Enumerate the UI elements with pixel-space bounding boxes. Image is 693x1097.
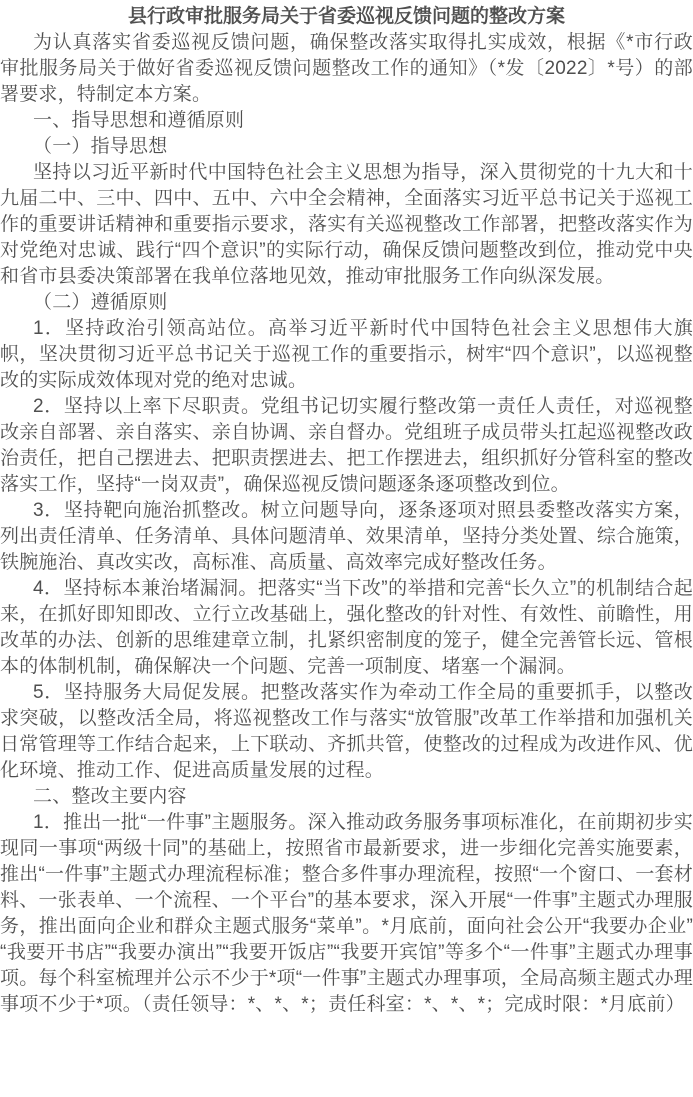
- paragraph: 为认真落实省委巡视反馈问题，确保整改落实取得扎实成效，根据《*市行政审批服务局关…: [0, 30, 693, 108]
- document-page: { "colors": { "text": "#4f4f4f", "backgr…: [0, 0, 693, 1097]
- paragraph: 1．推出一批“一件事”主题服务。深入推动政务服务事项标准化，在前期初步实现同一事…: [0, 810, 693, 1018]
- document-body: 为认真落实省委巡视反馈问题，确保整改落实取得扎实成效，根据《*市行政审批服务局关…: [0, 30, 693, 1018]
- document-title: 县行政审批服务局关于省委巡视反馈问题的整改方案: [0, 4, 693, 30]
- section-heading: 二、整改主要内容: [0, 784, 693, 810]
- section-heading: 一、指导思想和遵循原则: [0, 108, 693, 134]
- paragraph: 1．坚持政治引领高站位。高举习近平新时代中国特色社会主义思想伟大旗帜，坚决贯彻习…: [0, 316, 693, 394]
- paragraph: 4．坚持标本兼治堵漏洞。把落实“当下改”的举措和完善“长久立”的机制结合起来，在…: [0, 576, 693, 680]
- section-heading: （一）指导思想: [0, 134, 693, 160]
- section-heading: （二）遵循原则: [0, 290, 693, 316]
- document: 县行政审批服务局关于省委巡视反馈问题的整改方案 为认真落实省委巡视反馈问题，确保…: [0, 0, 693, 1018]
- paragraph: 坚持以习近平新时代中国特色社会主义思想为指导，深入贯彻党的十九大和十九届二中、三…: [0, 160, 693, 290]
- paragraph: 5．坚持服务大局促发展。把整改落实作为牵动工作全局的重要抓手，以整改求突破，以整…: [0, 680, 693, 784]
- paragraph: 2．坚持以上率下尽职责。党组书记切实履行整改第一责任人责任，对巡视整改亲自部署、…: [0, 394, 693, 498]
- paragraph: 3．坚持靶向施治抓整改。树立问题导向，逐条逐项对照县委整改落实方案，列出责任清单…: [0, 498, 693, 576]
